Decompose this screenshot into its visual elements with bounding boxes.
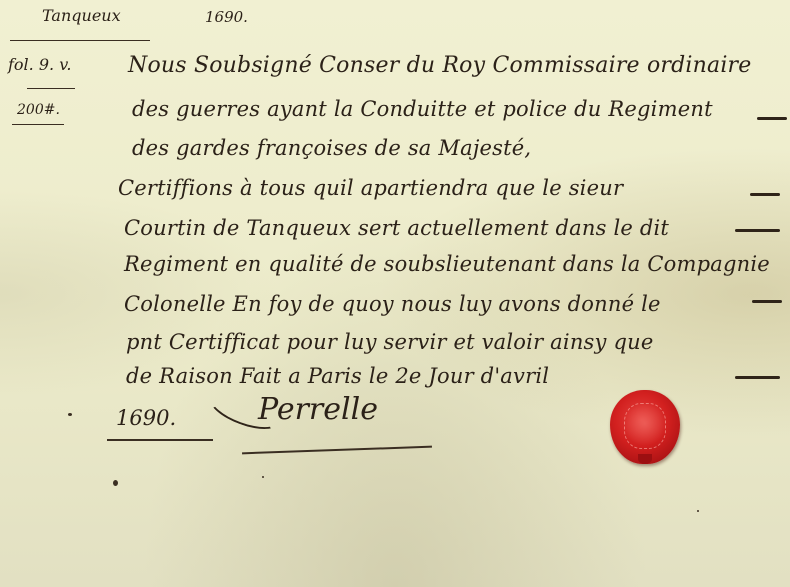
body-line: Courtin de Tanqueux sert actuellement da…	[124, 218, 669, 239]
closing-year: 1690.	[116, 408, 176, 429]
body-line: des guerres ayant la Conduitte et police…	[132, 99, 713, 120]
line-end-dash	[735, 229, 780, 232]
body-line: Colonelle En foy de quoy nous luy avons …	[124, 294, 661, 315]
line-end-dash	[757, 117, 787, 120]
ink-speck	[113, 480, 118, 486]
seal-emblem-icon	[624, 403, 666, 449]
line-end-dash	[735, 376, 780, 379]
closing-year-underline	[107, 439, 213, 441]
margin-rule	[12, 124, 64, 125]
line-end-dash	[750, 193, 780, 196]
body-line: pnt Certifficat pour luy servir et valoi…	[126, 332, 653, 353]
ink-speck	[68, 413, 72, 416]
header-place: Tanqueux	[42, 8, 121, 24]
seal-drip	[638, 454, 652, 464]
ink-speck	[697, 510, 699, 512]
margin-rule	[27, 88, 75, 89]
margin-amount: 200#.	[17, 103, 60, 117]
signature: Perrelle	[258, 395, 378, 425]
wax-seal	[610, 390, 680, 464]
ink-speck	[262, 476, 264, 478]
body-line: Regiment en qualité de soubslieutenant d…	[124, 254, 770, 275]
header-underline	[10, 40, 150, 41]
body-line: de Raison Fait a Paris le 2e Jour d'avri…	[126, 366, 549, 387]
body-line: Nous Soubsigné Conser du Roy Commissaire…	[128, 55, 752, 77]
body-line: Certiffions à tous quil apartiendra que …	[118, 178, 623, 199]
header-year: 1690.	[205, 10, 248, 25]
body-line: des gardes françoises de sa Majesté,	[132, 138, 531, 159]
line-end-dash	[752, 300, 782, 303]
margin-folio: fol. 9. v.	[8, 57, 71, 73]
